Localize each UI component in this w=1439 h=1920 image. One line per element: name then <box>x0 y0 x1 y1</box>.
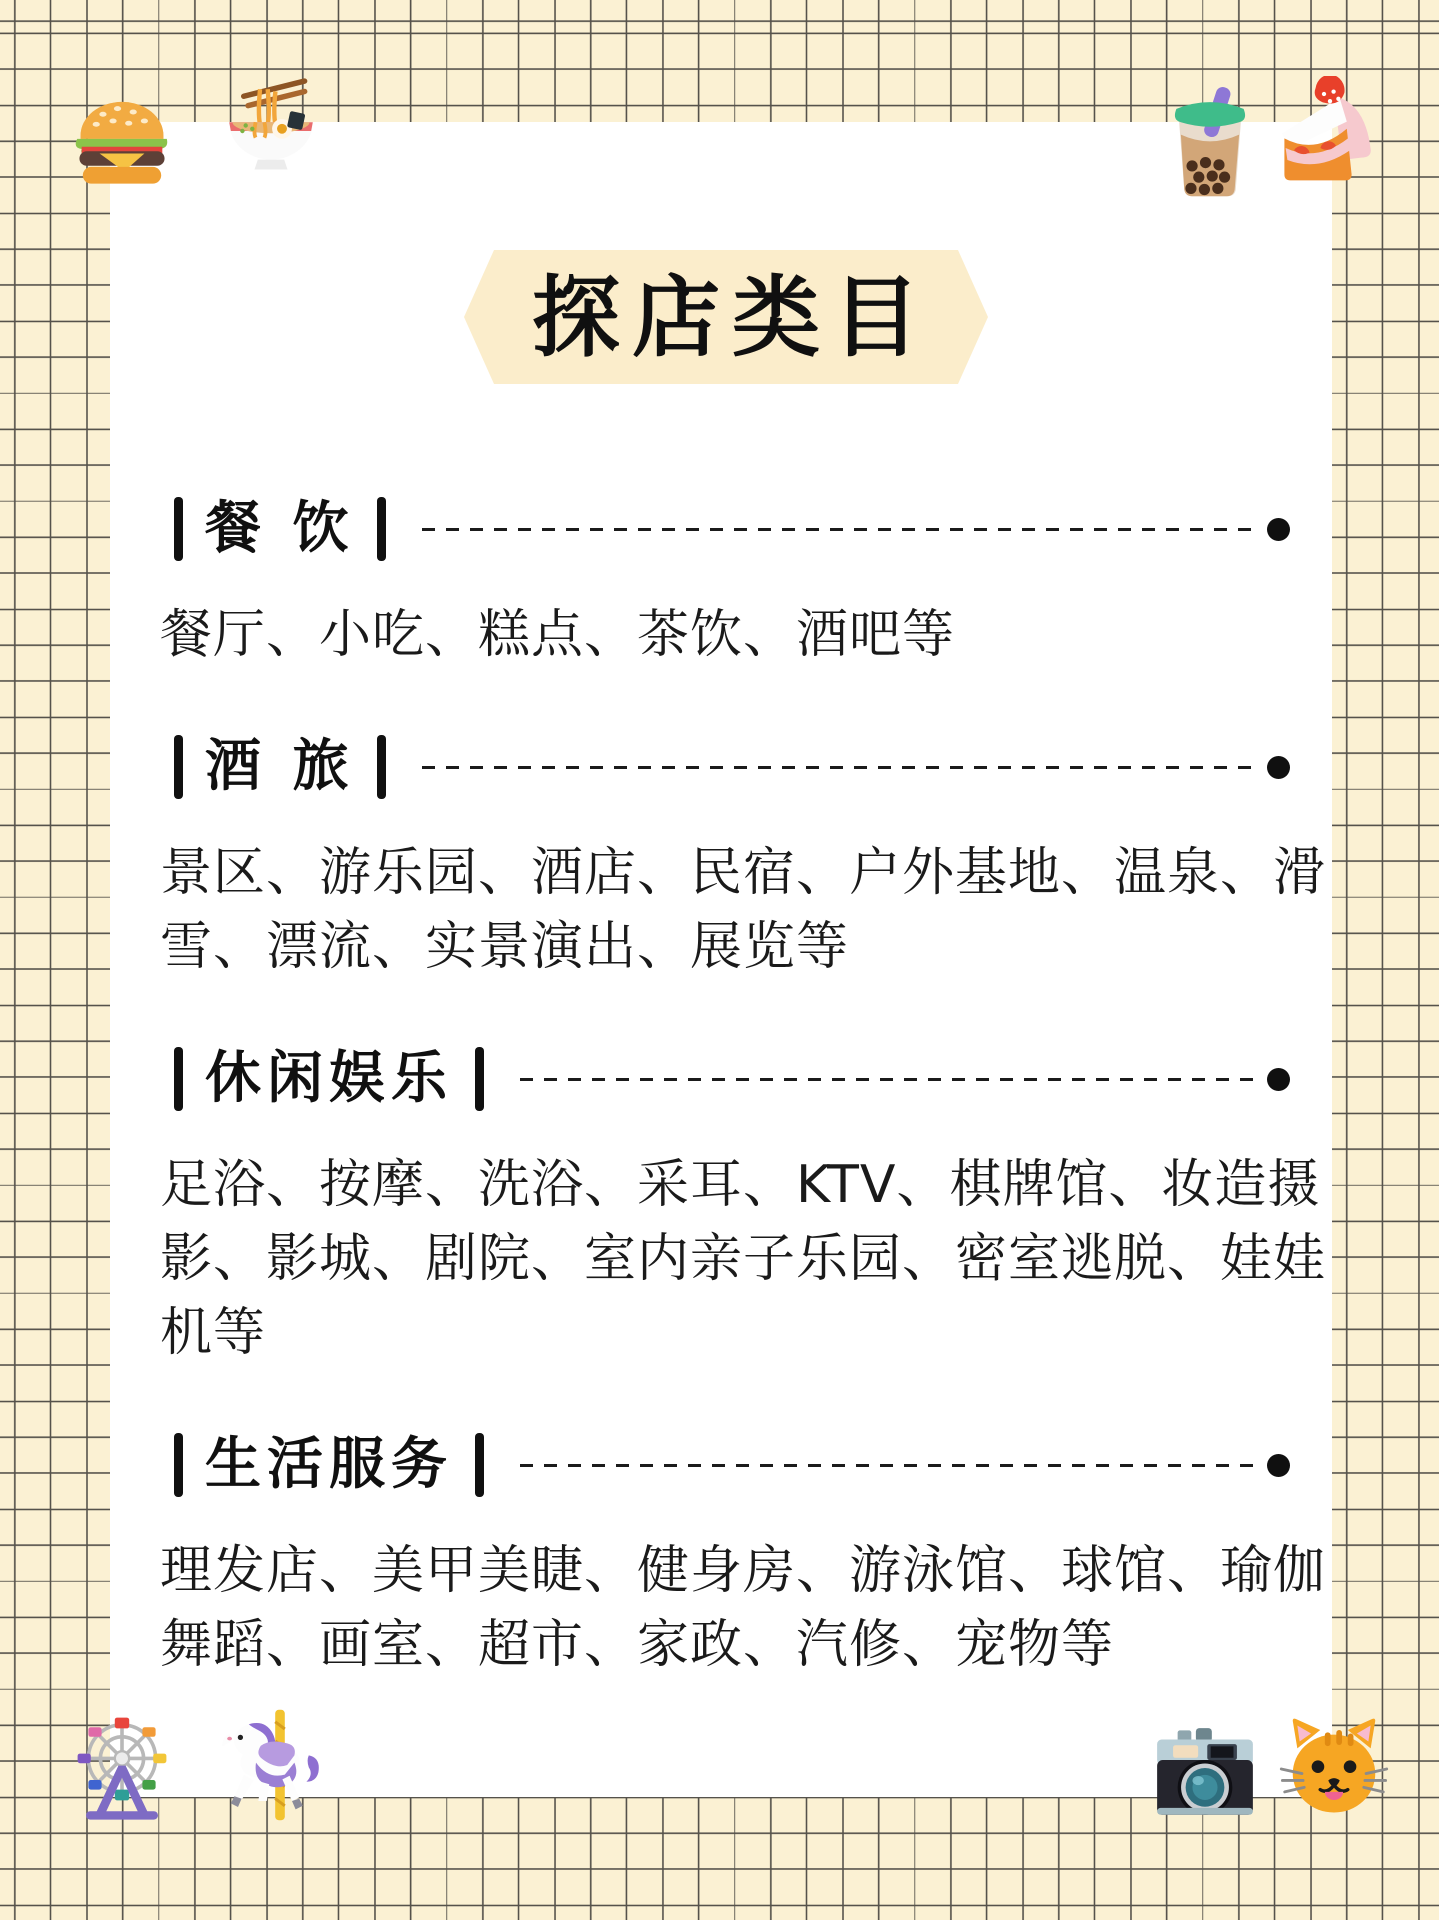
ferris-wheel-icon <box>62 1708 182 1828</box>
cat-icon <box>1276 1714 1392 1824</box>
left-bar-decoration <box>174 497 183 561</box>
content-card: 探店类目 餐 饮 餐厅、小吃、糕点、茶饮、酒吧等 酒 旅 景区、游乐园、酒店、民… <box>110 122 1332 1797</box>
right-bar-decoration <box>475 1047 484 1111</box>
section-header: 酒 旅 <box>174 734 1292 800</box>
category-line: 足浴、按摩、洗浴、采耳、KTV、棋牌馆、妆造摄 <box>160 1148 1292 1222</box>
left-bar-decoration <box>174 1047 183 1111</box>
ramen-icon <box>216 76 326 186</box>
poster-canvas: 探店类目 餐 饮 餐厅、小吃、糕点、茶饮、酒吧等 酒 旅 景区、游乐园、酒店、民… <box>0 0 1439 1920</box>
section-header: 餐 饮 <box>174 496 1292 562</box>
section-body: 景区、游乐园、酒店、民宿、户外基地、温泉、滑雪、漂流、实景演出、展览等 <box>160 836 1292 984</box>
section-body: 足浴、按摩、洗浴、采耳、KTV、棋牌馆、妆造摄影、影城、剧院、室内亲子乐园、密室… <box>160 1148 1292 1370</box>
category-section: 休闲娱乐 足浴、按摩、洗浴、采耳、KTV、棋牌馆、妆造摄影、影城、剧院、室内亲子… <box>160 1046 1292 1370</box>
title-banner: 探店类目 <box>464 250 988 384</box>
dashed-line-decoration <box>422 766 1260 769</box>
section-body: 理发店、美甲美睫、健身房、游泳馆、球馆、瑜伽舞蹈、画室、超市、家政、汽修、宠物等 <box>160 1534 1292 1682</box>
end-dot-decoration <box>1267 756 1290 779</box>
bubble-tea-icon <box>1154 84 1266 202</box>
end-dot-decoration <box>1267 518 1290 541</box>
section-body: 餐厅、小吃、糕点、茶饮、酒吧等 <box>160 598 1292 672</box>
section-label: 休闲娱乐 <box>205 1051 453 1107</box>
right-bar-decoration <box>377 735 386 799</box>
camera-icon <box>1148 1728 1262 1824</box>
category-line: 机等 <box>160 1296 1292 1370</box>
left-bar-decoration <box>174 735 183 799</box>
right-bar-decoration <box>475 1433 484 1497</box>
category-line: 雪、漂流、实景演出、展览等 <box>160 910 1292 984</box>
category-section: 餐 饮 餐厅、小吃、糕点、茶饮、酒吧等 <box>160 496 1292 672</box>
section-label: 酒 旅 <box>205 739 355 795</box>
end-dot-decoration <box>1267 1454 1290 1477</box>
category-line: 舞蹈、画室、超市、家政、汽修、宠物等 <box>160 1608 1292 1682</box>
sections-container: 餐 饮 餐厅、小吃、糕点、茶饮、酒吧等 酒 旅 景区、游乐园、酒店、民宿、户外基… <box>160 496 1292 1682</box>
left-bar-decoration <box>174 1433 183 1497</box>
section-header: 生活服务 <box>174 1432 1292 1498</box>
category-line: 影、影城、剧院、室内亲子乐园、密室逃脱、娃娃 <box>160 1222 1292 1296</box>
section-label: 生活服务 <box>205 1437 453 1493</box>
section-label: 餐 饮 <box>205 501 355 557</box>
section-header: 休闲娱乐 <box>174 1046 1292 1112</box>
hamburger-icon <box>66 84 178 196</box>
category-section: 酒 旅 景区、游乐园、酒店、民宿、户外基地、温泉、滑雪、漂流、实景演出、展览等 <box>160 734 1292 984</box>
carousel-horse-icon <box>208 1704 328 1826</box>
page-title: 探店类目 <box>532 273 932 361</box>
dashed-line-decoration <box>520 1078 1259 1081</box>
category-line: 理发店、美甲美睫、健身房、游泳馆、球馆、瑜伽 <box>160 1534 1292 1608</box>
dashed-line-decoration <box>422 528 1260 531</box>
right-bar-decoration <box>377 497 386 561</box>
category-section: 生活服务 理发店、美甲美睫、健身房、游泳馆、球馆、瑜伽舞蹈、画室、超市、家政、汽… <box>160 1432 1292 1682</box>
cake-icon <box>1270 76 1390 196</box>
dashed-line-decoration <box>520 1464 1259 1467</box>
category-line: 景区、游乐园、酒店、民宿、户外基地、温泉、滑 <box>160 836 1292 910</box>
category-line: 餐厅、小吃、糕点、茶饮、酒吧等 <box>160 598 1292 672</box>
end-dot-decoration <box>1267 1068 1290 1091</box>
